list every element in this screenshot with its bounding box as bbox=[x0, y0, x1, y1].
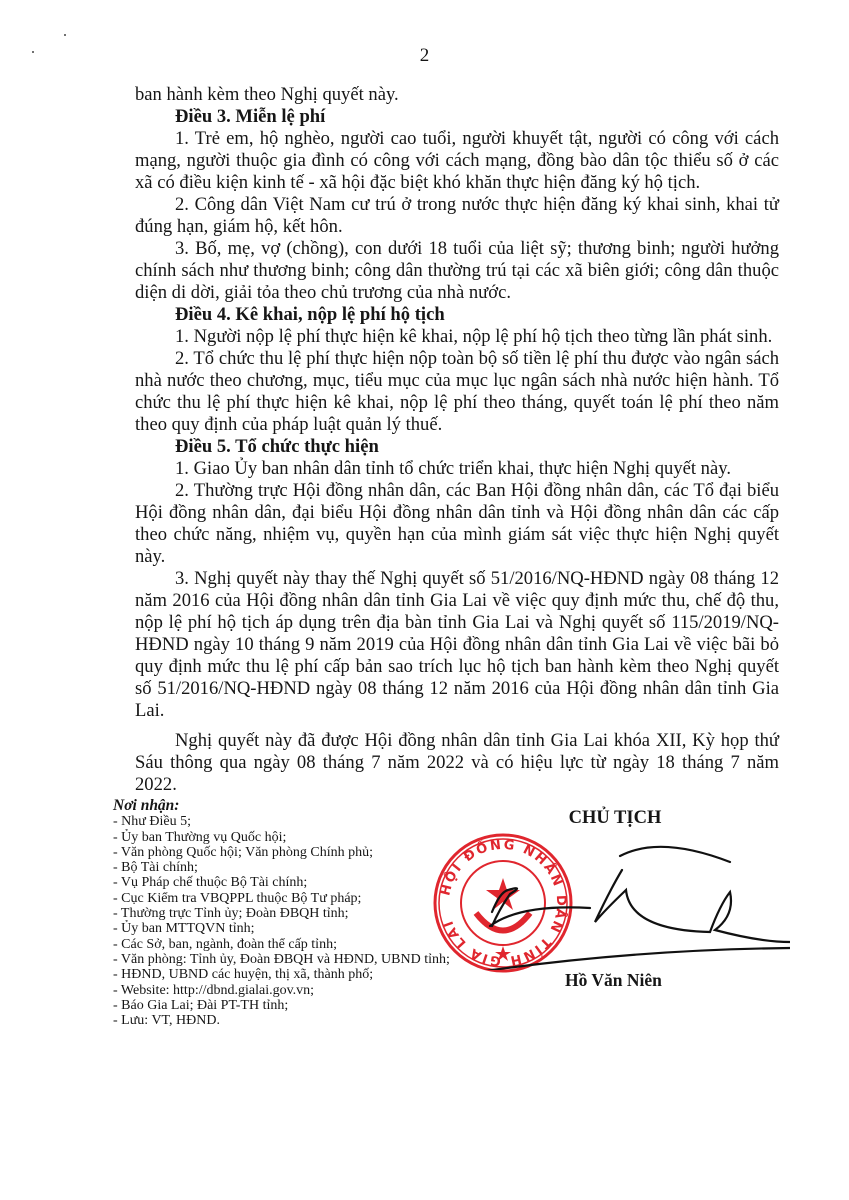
article-5-clause-3: 3. Nghị quyết này thay thế Nghị quyết số… bbox=[135, 568, 779, 722]
recipients-list: Nơi nhận: - Như Điều 5; - Ủy ban Thường … bbox=[113, 798, 450, 1028]
article-3-clause-1: 1. Trẻ em, hộ nghèo, người cao tuổi, ngư… bbox=[135, 128, 779, 194]
signer-name: Hồ Văn Niên bbox=[565, 970, 662, 991]
article-3-clause-2: 2. Công dân Việt Nam cư trú ở trong nước… bbox=[135, 194, 779, 238]
recipient-item: - Ủy ban MTTQVN tỉnh; bbox=[113, 921, 450, 936]
recipient-item: - Cục Kiểm tra VBQPPL thuộc Bộ Tư pháp; bbox=[113, 891, 450, 906]
article-4-clause-2: 2. Tổ chức thu lệ phí thực hiện nộp toàn… bbox=[135, 348, 779, 436]
article-4-heading: Điều 4. Kê khai, nộp lệ phí hộ tịch bbox=[135, 304, 779, 326]
recipient-item: - Lưu: VT, HĐND. bbox=[113, 1013, 450, 1028]
recipient-item: - HĐND, UBND các huyện, thị xã, thành ph… bbox=[113, 967, 450, 982]
recipient-item: - Bộ Tài chính; bbox=[113, 860, 450, 875]
recipient-item: - Văn phòng Quốc hội; Văn phòng Chính ph… bbox=[113, 845, 450, 860]
recipient-item: - Báo Gia Lai; Đài PT-TH tỉnh; bbox=[113, 998, 450, 1013]
article-5-heading: Điều 5. Tổ chức thực hiện bbox=[135, 436, 779, 458]
closing-statement: Nghị quyết này đã được Hội đồng nhân dân… bbox=[135, 730, 779, 796]
document-body: ban hành kèm theo Nghị quyết này. Điều 3… bbox=[135, 84, 779, 796]
article-3-clause-3: 3. Bố, mẹ, vợ (chồng), con dưới 18 tuổi … bbox=[135, 238, 779, 304]
article-5-clause-2: 2. Thường trực Hội đồng nhân dân, các Ba… bbox=[135, 480, 779, 568]
continuation-text: ban hành kèm theo Nghị quyết này. bbox=[135, 84, 779, 106]
recipient-item: - Các Sở, ban, ngành, đoàn thể cấp tỉnh; bbox=[113, 937, 450, 952]
recipient-item: - Như Điều 5; bbox=[113, 814, 450, 829]
signature-scribble-icon bbox=[430, 830, 790, 970]
article-5-clause-1: 1. Giao Ủy ban nhân dân tỉnh tổ chức tri… bbox=[135, 458, 779, 480]
recipient-item: - Vụ Pháp chế thuộc Bộ Tài chính; bbox=[113, 875, 450, 890]
page-number: 2 bbox=[0, 45, 849, 67]
recipient-item: - Thường trực Tỉnh ủy; Đoàn ĐBQH tỉnh; bbox=[113, 906, 450, 921]
recipient-item: - Văn phòng: Tỉnh ủy, Đoàn ĐBQH và HĐND,… bbox=[113, 952, 450, 967]
article-4-clause-1: 1. Người nộp lệ phí thực hiện kê khai, n… bbox=[135, 326, 779, 348]
recipient-item: - Ủy ban Thường vụ Quốc hội; bbox=[113, 830, 450, 845]
recipient-item: - Website: http://dbnd.gialai.gov.vn; bbox=[113, 983, 450, 998]
recipients-title: Nơi nhận: bbox=[113, 798, 450, 813]
signature-block: CHỦ TỊCH bbox=[500, 808, 730, 829]
article-3-heading: Điều 3. Miễn lệ phí bbox=[135, 106, 779, 128]
scan-speck bbox=[64, 34, 66, 36]
signer-title: CHỦ TỊCH bbox=[500, 808, 730, 829]
